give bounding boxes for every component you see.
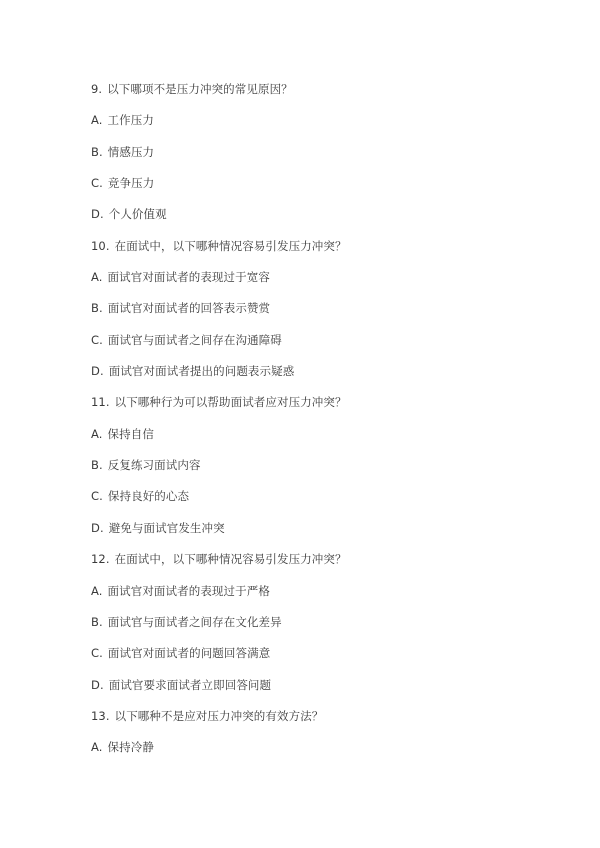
option-b: B.面试官对面试者的回答表示赞赏 — [91, 297, 551, 328]
question-9: 9.以下哪项不是压力冲突的常见原因？ A.工作压力 B.情感压力 C.竞争压力 … — [91, 78, 551, 235]
option-d: D.面试官对面试者提出的问题表示疑惑 — [91, 360, 551, 391]
option-b: B.情感压力 — [91, 141, 551, 172]
option-label: D. — [91, 203, 104, 225]
option-a: A.面试官对面试者的表现过于严格 — [91, 580, 551, 611]
question-11: 11.以下哪种行为可以帮助面试者应对压力冲突？ A.保持自信 B.反复练习面试内… — [91, 391, 551, 548]
option-a: A.保持冷静 — [91, 736, 551, 767]
question-stem: 11.以下哪种行为可以帮助面试者应对压力冲突？ — [91, 391, 551, 422]
question-text: 在面试中，以下哪种情况容易引发压力冲突？ — [115, 552, 347, 566]
option-label: A. — [91, 580, 103, 602]
option-d: D.面试官要求面试者立即回答问题 — [91, 674, 551, 705]
question-number: 12. — [91, 548, 110, 570]
option-text: 面试官对面试者的回答表示赞赏 — [108, 301, 270, 315]
question-stem: 10.在面试中，以下哪种情况容易引发压力冲突？ — [91, 235, 551, 266]
option-label: C. — [91, 642, 103, 664]
option-text: 保持自信 — [108, 427, 154, 441]
option-label: D. — [91, 517, 104, 539]
option-d: D.避免与面试官发生冲突 — [91, 517, 551, 548]
option-label: A. — [91, 266, 103, 288]
option-b: B.反复练习面试内容 — [91, 454, 551, 485]
option-text: 面试官对面试者提出的问题表示疑惑 — [109, 364, 295, 378]
option-label: D. — [91, 360, 104, 382]
option-text: 保持良好的心态 — [108, 489, 189, 503]
option-label: B. — [91, 611, 103, 633]
option-c: C.面试官对面试者的问题回答满意 — [91, 642, 551, 673]
question-number: 10. — [91, 235, 110, 257]
option-label: B. — [91, 297, 103, 319]
option-label: C. — [91, 485, 103, 507]
question-text: 以下哪种不是应对压力冲突的有效方法？ — [115, 709, 324, 723]
document-page: 9.以下哪项不是压力冲突的常见原因？ A.工作压力 B.情感压力 C.竞争压力 … — [91, 78, 551, 768]
option-label: B. — [91, 141, 103, 163]
option-label: B. — [91, 454, 103, 476]
option-label: D. — [91, 674, 104, 696]
question-number: 11. — [91, 391, 110, 413]
question-stem: 9.以下哪项不是压力冲突的常见原因？ — [91, 78, 551, 109]
question-stem: 12.在面试中，以下哪种情况容易引发压力冲突？ — [91, 548, 551, 579]
option-text: 面试官对面试者的表现过于宽容 — [108, 270, 270, 284]
option-text: 个人价值观 — [109, 207, 167, 221]
option-text: 避免与面试官发生冲突 — [109, 521, 225, 535]
question-text: 以下哪种行为可以帮助面试者应对压力冲突？ — [115, 395, 347, 409]
option-label: C. — [91, 329, 103, 351]
option-c: C.面试官与面试者之间存在沟通障碍 — [91, 329, 551, 360]
question-13: 13.以下哪种不是应对压力冲突的有效方法？ A.保持冷静 — [91, 705, 551, 768]
question-text: 在面试中，以下哪种情况容易引发压力冲突？ — [115, 239, 347, 253]
option-a: A.保持自信 — [91, 423, 551, 454]
option-text: 面试官要求面试者立即回答问题 — [109, 678, 271, 692]
option-label: A. — [91, 109, 103, 131]
option-text: 面试官对面试者的问题回答满意 — [108, 646, 270, 660]
option-c: C.保持良好的心态 — [91, 485, 551, 516]
option-b: B.面试官与面试者之间存在文化差异 — [91, 611, 551, 642]
option-text: 面试官对面试者的表现过于严格 — [108, 584, 270, 598]
option-a: A.面试官对面试者的表现过于宽容 — [91, 266, 551, 297]
option-c: C.竞争压力 — [91, 172, 551, 203]
option-label: C. — [91, 172, 103, 194]
option-a: A.工作压力 — [91, 109, 551, 140]
question-10: 10.在面试中，以下哪种情况容易引发压力冲突？ A.面试官对面试者的表现过于宽容… — [91, 235, 551, 392]
option-text: 工作压力 — [108, 113, 154, 127]
question-12: 12.在面试中，以下哪种情况容易引发压力冲突？ A.面试官对面试者的表现过于严格… — [91, 548, 551, 705]
option-label: A. — [91, 423, 103, 445]
question-number: 9. — [91, 78, 102, 100]
question-text: 以下哪项不是压力冲突的常见原因？ — [107, 82, 293, 96]
option-text: 反复练习面试内容 — [108, 458, 201, 472]
option-text: 竞争压力 — [108, 176, 154, 190]
question-number: 13. — [91, 705, 110, 727]
question-stem: 13.以下哪种不是应对压力冲突的有效方法？ — [91, 705, 551, 736]
option-text: 保持冷静 — [108, 740, 154, 754]
option-text: 面试官与面试者之间存在文化差异 — [108, 615, 282, 629]
option-text: 情感压力 — [108, 145, 154, 159]
option-d: D.个人价值观 — [91, 203, 551, 234]
option-text: 面试官与面试者之间存在沟通障碍 — [108, 333, 282, 347]
option-label: A. — [91, 736, 103, 758]
